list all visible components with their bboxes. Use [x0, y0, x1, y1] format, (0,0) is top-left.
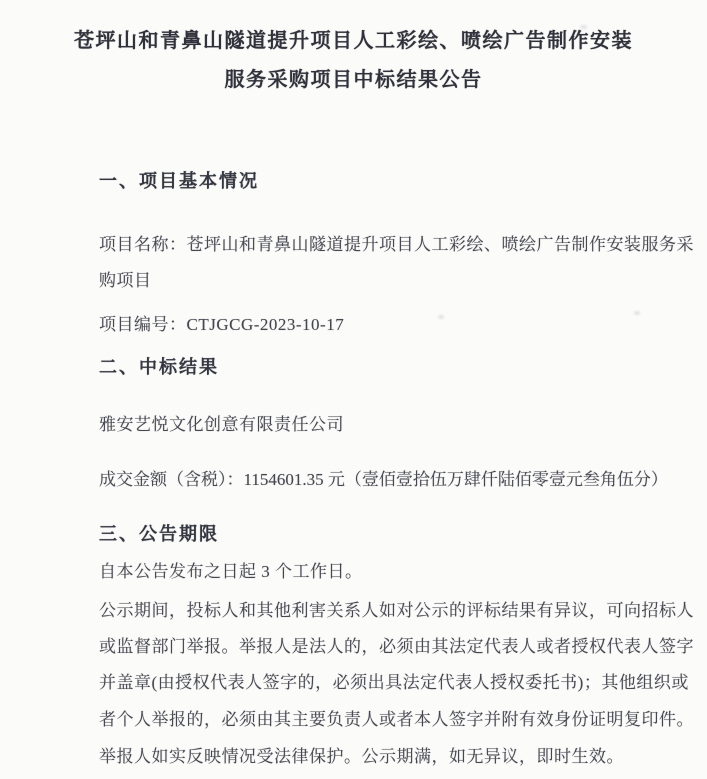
section-3-heading: 三、公告期限 — [99, 522, 219, 546]
scan-speck — [438, 315, 444, 319]
document-title-line-2: 服务采购项目中标结果公告 — [0, 68, 707, 92]
objection-notice-line-5: 举报人如实反映情况受法律保护。公示期满，如无异议，即时生效。 — [99, 745, 624, 769]
transaction-amount: 成交金额（含税）：1154601.35 元（壹佰壹拾伍万肆仟陆佰零壹元叁角伍分） — [99, 468, 668, 492]
objection-notice-line-1: 公示期间，投标人和其他利害关系人如对公示的评标结果有异议，可向招标人 — [99, 599, 694, 623]
scan-speck — [634, 311, 640, 315]
objection-notice-line-3: 并盖章(由授权代表人签字的，必须出具法定代表人授权委托书)；其他组织或 — [99, 671, 689, 695]
scanned-document-page: 苍坪山和青鼻山隧道提升项目人工彩绘、喷绘广告制作安装 服务采购项目中标结果公告 … — [0, 0, 707, 779]
document-title-line-1: 苍坪山和青鼻山隧道提升项目人工彩绘、喷绘广告制作安装 — [0, 29, 707, 53]
section-2-heading: 二、中标结果 — [99, 355, 219, 379]
objection-notice-line-2: 或监督部门举报。举报人是法人的，必须由其法定代表人或者授权代表人签字 — [99, 635, 694, 659]
winning-bidder-name: 雅安艺悦文化创意有限责任公司 — [99, 413, 344, 437]
section-1-heading: 一、项目基本情况 — [99, 169, 259, 193]
project-name-line-1: 项目名称：苍坪山和青鼻山隧道提升项目人工彩绘、喷绘广告制作安装服务采 — [99, 233, 694, 257]
project-name-line-2: 购项目 — [99, 269, 152, 293]
project-number: 项目编号：CTJGCG-2023-10-17 — [99, 313, 344, 337]
announcement-duration: 自本公告发布之日起 3 个工作日。 — [99, 560, 363, 584]
objection-notice-line-4: 者个人举报的，必须由其主要负责人或者本人签字并附有效身份证明复印件。 — [99, 708, 694, 732]
